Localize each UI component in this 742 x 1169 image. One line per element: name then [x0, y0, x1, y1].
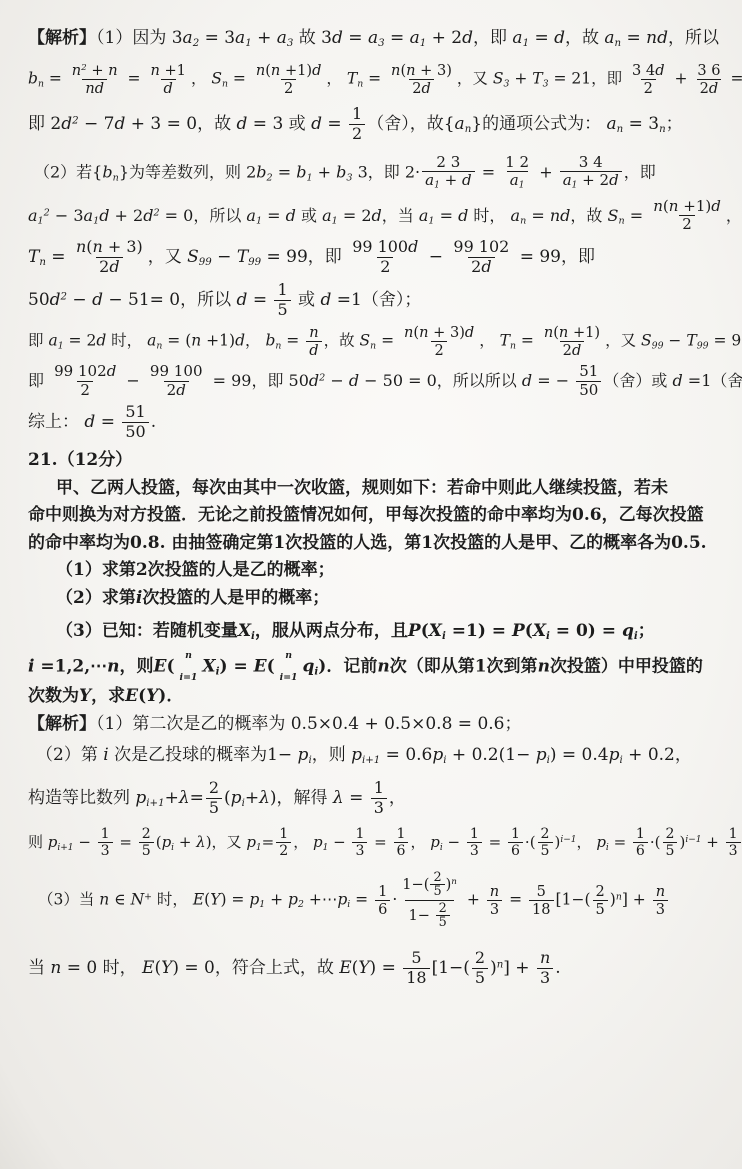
- math-variable: a: [277, 28, 287, 48]
- math-variable: n: [191, 331, 201, 349]
- fraction-denominator: 5: [430, 884, 444, 898]
- text-run: −: [121, 371, 145, 390]
- text-run: }为等差数列，则 2: [119, 162, 256, 181]
- fraction-denominator: 2: [431, 341, 446, 359]
- fraction-numerator: 99 100d: [349, 238, 421, 257]
- text-run: 次（即从第1次到第: [390, 656, 538, 676]
- text-run: 当: [28, 958, 50, 978]
- fraction-denominator: 2: [276, 842, 291, 860]
- text-run: (: [166, 656, 174, 676]
- math-variable: d: [372, 205, 382, 224]
- text-run: +: [702, 833, 724, 851]
- math-variable: λ: [259, 788, 270, 808]
- sum-limits: ni=1: [180, 651, 198, 683]
- text-run: −: [423, 247, 448, 267]
- text-run: (: [421, 621, 429, 641]
- text-run: = 99，即: [261, 247, 347, 267]
- text-run: 则: [28, 833, 48, 851]
- text-run: +: [252, 28, 277, 48]
- fraction-denominator: 6: [375, 900, 390, 918]
- fraction-numerator: n: [653, 883, 668, 900]
- math-variable: d: [672, 371, 682, 390]
- text-run: = 3: [623, 114, 659, 134]
- text-run: =: [281, 331, 304, 349]
- text-run: =: [484, 833, 506, 851]
- math-variable: n: [656, 883, 665, 900]
- fraction-denominator: a1: [507, 171, 528, 191]
- text-run: （3）已知：若随机变量: [56, 621, 238, 641]
- problem-21-heading: 21.（12分）: [28, 448, 726, 474]
- math-variable: n: [72, 62, 81, 79]
- math-variable: d: [421, 80, 430, 97]
- text-run: ，则: [312, 745, 351, 765]
- text-run: 的命中率均为0.8. 由抽签确定第1次投篮的人选，第1次投篮的人是甲、乙的概率各…: [28, 533, 707, 553]
- fraction-denominator: 5: [139, 842, 154, 860]
- text-run: =: [376, 331, 399, 349]
- fraction-numerator: 1: [633, 826, 648, 843]
- fraction-numerator: 1: [394, 826, 409, 843]
- math-variable: d: [349, 371, 359, 390]
- text-run: 3: [540, 968, 550, 987]
- text-run: ·(: [525, 833, 536, 851]
- text-run: 1: [352, 104, 362, 123]
- math-variable: b: [296, 162, 306, 181]
- math-variable: d: [609, 171, 619, 189]
- fraction-denominator: 5: [593, 900, 608, 918]
- text-run: = 99，即: [514, 247, 595, 267]
- fraction-numerator: 1 2: [502, 154, 532, 172]
- math-fraction: 16: [375, 883, 390, 918]
- math-fraction: 25: [139, 826, 154, 860]
- text-run: 2: [209, 778, 219, 797]
- text-run: ，当: [382, 205, 419, 224]
- fraction-denominator: 1− 25: [405, 900, 453, 931]
- math-fraction: 518: [403, 949, 429, 988]
- text-run: 2: [284, 80, 293, 97]
- solution-20-part2-line5: 即 a1 = 2d 时， an = (n +1)d， bn = nd，故 Sn …: [28, 322, 726, 361]
- superscript: i−1: [685, 835, 701, 845]
- math-variable: d: [84, 412, 95, 432]
- math-variable: d: [109, 257, 119, 276]
- math-variable: q: [303, 656, 315, 676]
- text-run: ，: [389, 788, 406, 808]
- text-run: 1: [277, 280, 287, 299]
- text-run: =: [529, 28, 554, 48]
- math-variable: d: [408, 237, 418, 256]
- math-fraction: n(n +1)d2: [650, 198, 724, 235]
- text-run: 2: [700, 80, 709, 97]
- math-fraction: 518: [529, 883, 554, 918]
- math-variable: p: [432, 745, 443, 765]
- math-fraction: 25: [430, 871, 444, 899]
- text-run: ，: [245, 331, 265, 349]
- solution-20-part2-line1: （2）若{bn}为等差数列，则 2b2 = b1 + b3 3，即 2·2 3a…: [28, 152, 726, 194]
- fraction-denominator: 2: [77, 381, 93, 400]
- text-run: 5: [411, 948, 421, 967]
- text-run: ) = 0.4: [550, 745, 609, 765]
- math-fraction: n(n +1)d2: [253, 62, 325, 97]
- sum-limits: ni=1: [280, 651, 298, 683]
- solution-20-conclusion: 综上： d = 5150.: [28, 401, 726, 444]
- math-variable: n: [93, 237, 103, 256]
- fraction-numerator: 99 100: [147, 363, 206, 381]
- text-run: 1: [511, 826, 520, 842]
- math-variable: p: [162, 833, 172, 851]
- text-run: 5: [475, 968, 485, 987]
- math-fraction: n(n + 3)2d: [388, 62, 455, 97]
- math-fraction: 2 3a1 + d: [422, 154, 475, 192]
- math-variable: a: [410, 28, 420, 48]
- text-run: ] +: [503, 958, 535, 978]
- math-variable: T: [347, 69, 357, 87]
- math-fraction: 3 62d: [694, 62, 723, 97]
- math-variable: b: [256, 162, 266, 181]
- math-variable: d: [312, 62, 321, 79]
- text-run: 3: [101, 843, 110, 859]
- fraction-numerator: 5: [408, 949, 424, 968]
- math-variable: q: [622, 621, 634, 641]
- bold-text-run: 【解析】: [28, 714, 96, 734]
- math-variable: S: [493, 69, 504, 87]
- math-variable: d: [114, 114, 125, 134]
- fraction-numerator: 51: [122, 403, 148, 422]
- math-fraction: 99 102d2: [51, 363, 119, 400]
- text-run: −: [443, 833, 465, 851]
- math-fraction: 25: [436, 902, 450, 930]
- text-run: +: [165, 788, 179, 808]
- math-fraction: 25: [663, 826, 678, 860]
- math-fraction: 5150: [576, 363, 601, 400]
- text-run: 3，即 2·: [353, 162, 421, 181]
- math-fraction: 13: [726, 826, 741, 860]
- text-run: 5: [142, 843, 151, 859]
- text-run: +: [313, 162, 337, 181]
- text-run: − 7: [79, 114, 115, 134]
- fraction-numerator: 3 6: [694, 62, 723, 79]
- math-variable: n: [540, 948, 550, 967]
- text-run: [1−(: [432, 958, 470, 978]
- sum-upper-limit: n: [285, 651, 292, 660]
- math-variable: T: [28, 247, 39, 267]
- solution-20-part1-line2: bn = n2 + nnd = n +1d， Sn = n(n +1)d2， T…: [28, 60, 726, 99]
- text-run: =1,2,⋯: [34, 656, 107, 676]
- math-variable: n: [406, 62, 415, 79]
- math-variable: X: [202, 656, 215, 676]
- fraction-denominator: 2: [349, 124, 365, 144]
- fraction-denominator: 50: [576, 381, 601, 400]
- math-variable: nd: [646, 28, 668, 48]
- text-run: 即: [28, 331, 48, 349]
- text-run: 2: [596, 883, 605, 900]
- fraction-numerator: 1−(25)n: [399, 870, 460, 900]
- text-run: (: [138, 686, 146, 706]
- text-run: )．记前: [318, 656, 377, 676]
- problem-21-statement-line3: 的命中率均为0.8. 由抽签确定第1次投篮的人选，第1次投篮的人是甲、乙的概率各…: [28, 531, 726, 557]
- text-run: ；: [638, 621, 655, 641]
- text-run: +: [462, 890, 485, 908]
- text-run: − 51= 0，所以: [103, 290, 237, 310]
- fraction-numerator: 1: [375, 883, 390, 900]
- text-run: 6: [636, 843, 645, 859]
- text-run: （舍），故{: [367, 114, 454, 134]
- fraction-denominator: 3: [653, 900, 668, 918]
- text-run: =: [46, 247, 71, 267]
- math-variable: a: [48, 331, 57, 349]
- text-run: ，: [326, 69, 346, 87]
- math-variable: n: [404, 324, 413, 341]
- text-run: 2: [167, 381, 177, 399]
- fraction-denominator: 2: [377, 257, 393, 277]
- text-run: =: [516, 331, 539, 349]
- text-run: 51: [579, 362, 598, 380]
- text-run: 1: [470, 826, 479, 842]
- fraction-numerator: 3 4: [576, 154, 606, 172]
- text-run: 50: [579, 381, 598, 399]
- text-run: + 3): [416, 62, 452, 79]
- fraction-numerator: 1: [352, 826, 367, 843]
- math-variable: S: [607, 205, 618, 224]
- text-run: =1) =: [446, 621, 512, 641]
- fraction-numerator: n(n +1)d: [253, 62, 325, 79]
- math-variable: d: [462, 28, 473, 48]
- text-run: )，又: [206, 833, 247, 851]
- text-run: +: [440, 171, 462, 189]
- math-variable: d: [99, 205, 109, 224]
- text-run: −: [328, 833, 350, 851]
- math-variable: n: [377, 656, 389, 676]
- math-fraction: 16: [633, 826, 648, 860]
- fraction-denominator: d: [161, 79, 176, 97]
- superscript: n: [451, 877, 457, 887]
- math-variable: d: [143, 205, 153, 224]
- fraction-denominator: 2: [281, 79, 296, 97]
- math-variable: P: [512, 621, 525, 641]
- text-run: ，: [479, 331, 499, 349]
- text-run: ) =: [220, 890, 249, 908]
- math-variable: E: [142, 958, 154, 978]
- text-run: 1 2: [505, 153, 529, 171]
- math-variable: X: [533, 621, 546, 641]
- math-variable: d: [572, 342, 581, 359]
- text-run: +1): [678, 197, 711, 215]
- solution-20-part1-line3: 即 2d2 − 7d + 3 = 0，故 d = 3 或 d = 12（舍），故…: [28, 103, 726, 146]
- text-run: + 2: [426, 28, 462, 48]
- text-run: +: [670, 69, 693, 87]
- math-variable: λ: [333, 788, 344, 808]
- sum-lower-limit: i=1: [180, 673, 198, 682]
- math-variable: d: [655, 62, 664, 79]
- math-variable: Y: [358, 958, 369, 978]
- math-variable: E: [193, 890, 204, 908]
- text-run: 99 102: [54, 362, 107, 380]
- text-run: − 50 = 0，所以所以: [359, 371, 522, 390]
- text-run: 2: [142, 826, 151, 842]
- math-variable: d: [50, 290, 61, 310]
- text-run: ，故: [565, 28, 604, 48]
- math-fraction: nd: [306, 324, 321, 359]
- math-variable: p: [596, 833, 606, 851]
- fraction-denominator: 2d: [96, 257, 122, 277]
- math-variable: Y: [146, 686, 158, 706]
- math-variable: d: [107, 362, 117, 380]
- text-run: +: [174, 833, 196, 851]
- math-variable: Y: [161, 958, 172, 978]
- text-run: 5: [596, 901, 605, 918]
- text-run: （1）求第2次投篮的人是乙的概率；: [56, 560, 335, 580]
- text-run: 2: [439, 901, 447, 916]
- text-run: =: [123, 69, 146, 87]
- text-run: ，即: [624, 162, 656, 181]
- text-run: 1: [101, 826, 110, 842]
- math-variable: d: [311, 114, 322, 134]
- math-fraction: 99 100d2: [349, 238, 421, 277]
- math-variable: d: [96, 331, 106, 349]
- math-fraction: n(n + 3)2d: [73, 238, 146, 277]
- fraction-denominator: d: [306, 341, 321, 359]
- text-run: +: [87, 62, 108, 79]
- fraction-denominator: 2: [641, 79, 656, 97]
- text-run: −: [67, 290, 92, 310]
- text-run: ，所以: [668, 28, 719, 48]
- text-run: + 2: [577, 171, 609, 189]
- text-run: =: [477, 162, 501, 181]
- subscript: i+1: [146, 798, 164, 809]
- text-run: 2: [433, 870, 441, 885]
- math-fraction: n(n + 3)d2: [401, 324, 477, 359]
- math-fraction: 13: [371, 779, 387, 818]
- math-fraction: 12: [349, 105, 365, 144]
- fraction-denominator: 18: [529, 900, 554, 918]
- math-variable: d: [176, 381, 186, 399]
- solution-20-part2-line4: 50d2 − d − 51= 0，所以 d = 15 或 d =1（舍）；: [28, 279, 726, 322]
- fraction-numerator: 2: [139, 826, 154, 843]
- text-run: 3: [490, 901, 499, 918]
- text-run: + 3): [103, 237, 143, 256]
- text-run: 3: [656, 901, 665, 918]
- text-run: =: [526, 205, 550, 224]
- math-variable: n: [309, 324, 318, 341]
- text-run: =: [609, 833, 631, 851]
- fraction-numerator: 2: [436, 902, 450, 915]
- fraction-numerator: 99 102d: [51, 363, 119, 381]
- text-run: =: [95, 412, 120, 432]
- text-run: 2 3: [436, 153, 460, 171]
- math-variable: d: [481, 257, 491, 276]
- text-run: 构造等比数列: [28, 788, 135, 808]
- fraction-numerator: 1: [371, 779, 387, 798]
- subscript: i+1: [57, 842, 73, 852]
- math-fraction: 25: [472, 949, 488, 988]
- fraction-numerator: 2: [430, 871, 444, 884]
- math-fraction: 16: [508, 826, 523, 860]
- math-variable: a: [246, 205, 256, 224]
- text-run: （3）当: [38, 890, 99, 908]
- math-variable: p: [288, 890, 298, 908]
- text-run: + 0.2，: [623, 745, 692, 765]
- text-run: (: [267, 656, 275, 676]
- text-run: = 0.6: [380, 745, 432, 765]
- text-run: =: [262, 833, 275, 851]
- fraction-denominator: 2d: [468, 257, 494, 277]
- text-run: ∈: [109, 890, 130, 908]
- math-variable: n: [76, 237, 86, 256]
- fraction-numerator: 2: [538, 826, 553, 843]
- text-run: ，又: [605, 331, 641, 349]
- math-variable: E: [125, 686, 138, 706]
- subscript: 99: [652, 340, 664, 351]
- fraction-denominator: 5: [472, 968, 488, 988]
- text-run: = 21，即: [549, 69, 628, 87]
- text-run: 50: [28, 290, 50, 310]
- math-fraction: 13: [98, 826, 113, 860]
- math-fraction: 99 1002d: [147, 363, 206, 400]
- fraction-numerator: 51: [576, 363, 601, 381]
- text-run: ，: [577, 833, 597, 851]
- math-variable: P: [408, 621, 421, 641]
- text-run: ，: [410, 833, 430, 851]
- text-run: =: [363, 69, 386, 87]
- math-fraction: 5150: [122, 403, 148, 442]
- math-variable: p: [298, 745, 309, 765]
- text-run: 2: [475, 948, 485, 967]
- fraction-numerator: n: [306, 324, 321, 341]
- text-run: = 0) =: [550, 621, 622, 641]
- math-variable: b: [265, 331, 275, 349]
- problem-21-statement-line2: 命中则换为对方投篮．无论之前投篮情况如何，甲每次投篮的命中率均为0.6，乙每次投…: [28, 503, 726, 529]
- text-run: （1）第二次是乙的概率为 0.5×0.4 + 0.5×0.8 = 0.6；: [96, 714, 522, 734]
- text-run: 51: [125, 402, 145, 421]
- solution-20-part2-line6: 即 99 102d2 − 99 1002d = 99，即 50d2 − d − …: [28, 361, 726, 402]
- problem-21-statement-line1: 甲、乙两人投篮，每次由其中一次收篮，规则如下：若命中则此人继续投篮，若未: [28, 476, 726, 502]
- math-variable: n: [559, 324, 568, 341]
- math-variable: a: [235, 28, 245, 48]
- text-run: ，求: [91, 686, 125, 706]
- problem-21-question3-line3: 次数为Y，求E(Y)．: [28, 684, 726, 710]
- math-fraction: 3 4a1 + 2d: [560, 154, 622, 192]
- fraction-denominator: 5: [274, 300, 290, 320]
- math-variable: X: [238, 621, 251, 641]
- math-fraction: n2 + nnd: [69, 62, 121, 97]
- text-run: )，解得: [270, 788, 333, 808]
- text-run: （2）第: [36, 745, 103, 765]
- math-variable: n: [150, 62, 159, 79]
- math-variable: nd: [550, 205, 571, 224]
- text-run: 2: [380, 257, 390, 276]
- math-fraction: 15: [274, 281, 290, 320]
- text-run: = 99，: [709, 331, 742, 349]
- text-run: 21.（12分）: [28, 450, 132, 470]
- text-run: （舍）或: [603, 371, 672, 390]
- text-run: +1: [160, 62, 186, 79]
- math-variable: n: [99, 890, 109, 908]
- solution-21-part1: 【解析】（1）第二次是乙的概率为 0.5×0.4 + 0.5×0.8 = 0.6…: [28, 712, 726, 738]
- text-run: 次数为: [28, 686, 79, 706]
- text-run: =: [247, 290, 272, 310]
- text-run: = 3 或: [247, 114, 311, 134]
- math-variable: T: [237, 247, 248, 267]
- text-run: 99 100: [352, 237, 408, 256]
- fraction-denominator: 18: [403, 968, 429, 988]
- text-run: =: [385, 28, 410, 48]
- fraction-denominator: 5: [663, 842, 678, 860]
- text-run: ，: [293, 833, 313, 851]
- math-variable: d: [711, 197, 721, 215]
- text-run: ) =: [220, 656, 254, 676]
- fraction-numerator: 2: [663, 826, 678, 843]
- fraction-denominator: 3: [487, 900, 502, 918]
- text-run: ，: [191, 69, 211, 87]
- math-variable: d: [286, 205, 296, 224]
